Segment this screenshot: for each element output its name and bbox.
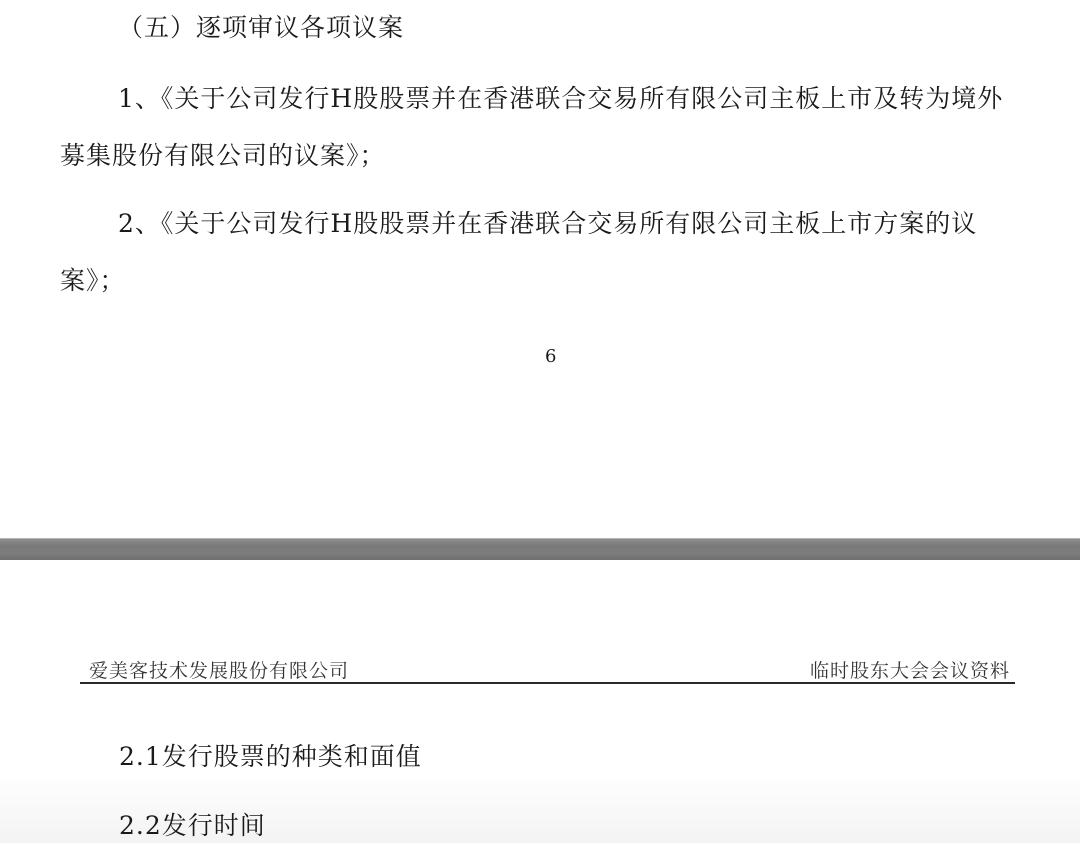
header-document-title: 临时股东大会会议资料: [810, 656, 1010, 683]
subitem-2-2: 2.2发行时间: [119, 806, 266, 842]
header-rule: [80, 682, 1015, 684]
agenda-item-1-line-1: 1、《关于公司发行H股股票并在香港联合交易所有限公司主板上市及转为境外: [118, 79, 1003, 115]
document-page-6: （五）逐项审议各项议案 1、《关于公司发行H股股票并在香港联合交易所有限公司主板…: [0, 0, 1080, 538]
agenda-item-2-line-2: 案》；: [60, 261, 126, 297]
agenda-item-2-line-1: 2、《关于公司发行H股股票并在香港联合交易所有限公司主板上市方案的议: [118, 204, 977, 240]
page-number: 6: [545, 346, 556, 367]
section-heading: （五）逐项审议各项议案: [118, 8, 404, 44]
page-separator: [0, 538, 1080, 561]
agenda-item-1-line-2: 募集股份有限公司的议案》；: [60, 136, 386, 172]
subitem-2-1: 2.1发行股票的种类和面值: [119, 737, 422, 773]
header-company-name: 爱美客技术发展股份有限公司: [89, 656, 349, 683]
document-page-7: [0, 560, 1080, 843]
